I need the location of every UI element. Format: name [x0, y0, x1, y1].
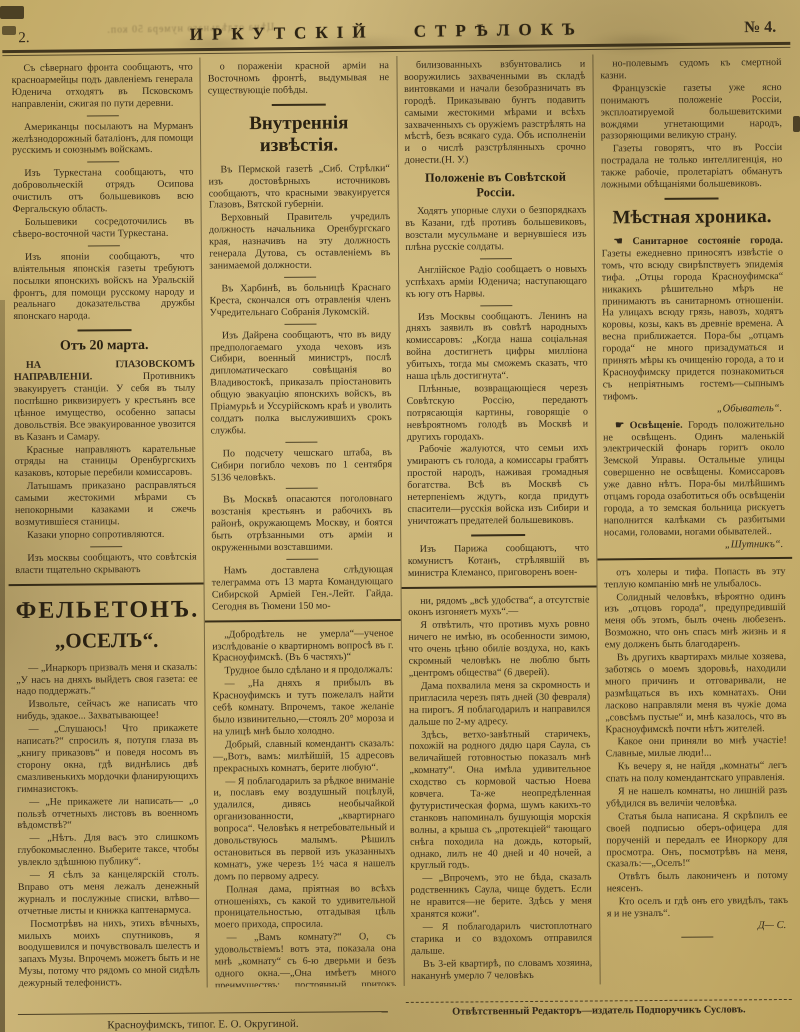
article-paragraph: Въ другихъ квартирахъ милые хозяева, заб… [605, 651, 787, 736]
section-heading: Отъ 20 марта. [14, 338, 195, 355]
footer-editor: Отвѣтственный Редакторъ—издатель Подпору… [406, 999, 792, 1018]
article-paragraph: — „Слушаюсь! Что прикажете написать?“ сп… [17, 723, 199, 796]
article-paragraph: Статья была написана. Я скрѣпилъ ее свое… [606, 810, 788, 871]
article-paragraph: НА ГЛАЗОВСКОМЪ НАПРАВЛЕНІИ. Противникъ э… [14, 359, 196, 444]
article-paragraph: — „Нѣтъ. Для васъ это слишкомъ глубокомы… [17, 832, 199, 869]
article-paragraph: Извольте, сейчасъ же написать что нибудь… [16, 698, 197, 723]
item-divider [284, 323, 316, 324]
article-paragraph: Англійское Радіо сообщаетъ о новыхъ успѣ… [406, 263, 588, 300]
article-paragraph: ни, рядомъ „всѣ удобства“, а отсутствіе … [408, 594, 589, 619]
newspaper-masthead: ИРКУТСКІЙ СТРѢЛОКЪ [190, 19, 585, 45]
article-paragraph: Намъ доставлена слѣдующая телеграмма отъ… [212, 564, 394, 613]
paragraph-lead: ☚ Санитарное состояніе города. [614, 235, 783, 247]
article-paragraph: Полная дама, пріятная во всѣхъ отношенія… [214, 883, 396, 932]
article-paragraph: Добрый, славный комендантъ сказалъ:—„Вот… [213, 738, 395, 775]
item-divider [285, 441, 317, 442]
scan-artifact [0, 6, 24, 19]
paragraph-lead: ☛ Освѣщеніе. [615, 419, 688, 431]
article-paragraph: Въ Пермской газетѣ „Сиб. Стрѣлки“ изъ до… [208, 163, 390, 212]
article-paragraph: Верховный Правитель учредилъ должность н… [209, 211, 391, 272]
signature: Д— С. [607, 920, 786, 932]
feuilleton-separator [9, 582, 204, 586]
item-divider [87, 162, 119, 163]
item-divider [286, 559, 318, 560]
newspaper-column-2: о пораженіи красной арміи на Восточномъ … [201, 56, 405, 988]
signature: „Шутникъ“. [604, 539, 783, 551]
signature: „Обыватель“. [603, 403, 782, 415]
feuilleton-title: „ОСЕЛЪ“. [16, 627, 197, 653]
article-paragraph: Изъ Туркестана сообщаютъ, что добровольч… [12, 167, 194, 216]
newspaper-column-1: Съ сѣвернаго фронта сообщаютъ, что красн… [4, 58, 208, 990]
item-divider [480, 305, 512, 306]
article-paragraph: — „Вамъ комнату?“ О, съ удовольствіемъ! … [215, 931, 397, 987]
article-paragraph: Солидный человѣкъ, вѣроятно одинъ изъ „о… [604, 591, 786, 652]
article-paragraph: Кто оселъ и гдѣ онъ его увидѣлъ, такъ я … [607, 895, 788, 920]
feuilleton-heading: ФЕЛЬЕТОНЪ. [16, 596, 197, 624]
article-paragraph: Отвѣтъ былъ лакониченъ и потому неясенъ. [607, 870, 788, 895]
article-paragraph: По подсчету чешскаго штаба, въ Сибири по… [211, 447, 393, 484]
scan-artifact [2, 26, 16, 35]
section-divider [471, 534, 525, 536]
article-paragraph: Въ Харбинѣ, въ больницѣ Краснаго Креста,… [209, 282, 391, 319]
section-heading: Положеніе въ Совѣтской Россіи. [405, 170, 586, 201]
article-paragraph: ☛ Освѣщеніе. Городъ положительно не освѣ… [603, 419, 785, 539]
article-paragraph: Я отвѣтилъ, что противъ мухъ ровно ничег… [408, 619, 590, 680]
paragraph-lead: НА ГЛАЗОВСКОМЪ НАПРАВЛЕНІИ. [14, 359, 195, 383]
article-paragraph: — „Впрочемъ, это не бѣда, сказалъ родств… [410, 872, 592, 921]
article-paragraph: Газеты говорятъ, что въ Россіи пострадал… [601, 142, 783, 191]
newspaper-column-3: билизованныхъ взбунтовались и вооружилис… [397, 54, 601, 986]
item-divider [682, 937, 714, 938]
article-paragraph: Плѣнные, возвращающіеся черезъ Совѣтскую… [406, 382, 588, 443]
section-divider [272, 103, 326, 105]
article-paragraph: Изъ японіи сообщаютъ, что вліятельныя яп… [13, 250, 195, 323]
article-paragraph: Я не нашелъ комнаты, но лишній разъ убѣд… [606, 785, 787, 810]
item-divider [286, 488, 318, 489]
article-paragraph: „Добродѣтель не умерла“—ученое изслѣдова… [212, 628, 394, 665]
feuilleton-separator [401, 585, 596, 589]
article-paragraph: билизованныхъ взбунтовались и вооружилис… [404, 59, 586, 168]
section-heading: Внутреннія извѣстія. [208, 112, 390, 157]
feuilleton-separator [205, 619, 400, 623]
article-paragraph: но-полевымъ судомъ къ смертной казни. [600, 57, 781, 82]
article-paragraph: Красные направляютъ карательные отряды н… [14, 443, 196, 480]
article-paragraph: Изъ Москвы сообщаютъ. Ленинъ на дняхъ за… [406, 310, 588, 383]
article-paragraph: Изъ Дайрена сообщаютъ, что въ виду предп… [210, 329, 392, 438]
article-paragraph: — „На дняхъ я прибылъ въ Красноуфимскъ и… [213, 677, 395, 738]
issue-number: № 4. [744, 19, 776, 37]
footer-imprint: Красноуфимскъ, типог. Е. О. Округиной. [18, 1011, 388, 1032]
newspaper-page: Цѣна отдѣльнаго нумера 50 коп. 2. ИРКУТС… [0, 0, 800, 1032]
article-paragraph: о пораженіи красной арміи на Восточномъ … [208, 60, 390, 97]
newspaper-columns: Съ сѣвернаго фронта сообщаютъ, что красн… [4, 53, 795, 989]
newspaper-column-4: но-полевымъ судомъ къ смертной казни.Фра… [593, 53, 796, 985]
article-paragraph: — Я сѣлъ за канцелярскій столъ. Вправо о… [18, 869, 200, 918]
article-paragraph: Трудное было сдѣлано и я продолжалъ: [212, 664, 393, 677]
scan-edge-shadow [0, 300, 5, 1032]
article-paragraph: Казаки упорно сопротивляются. [15, 529, 196, 542]
section-divider [665, 197, 719, 199]
article-paragraph: Посмотрѣвъ на нихъ, этихъ вѣчныхъ, милых… [18, 917, 200, 989]
article-paragraph: Рабочіе жалуются, что семьи ихъ умираютъ… [407, 443, 589, 528]
item-divider [90, 546, 122, 547]
article-paragraph: Латышамъ приказано расправляться самыми … [15, 480, 197, 529]
item-divider [284, 277, 316, 278]
article-paragraph: Ходятъ упорные слухи о безпорядкахъ въ К… [405, 205, 587, 254]
item-divider [480, 258, 512, 259]
article-paragraph: отъ холеры и тифа. Попасть въ эту теплую… [604, 566, 785, 591]
item-divider [87, 245, 119, 246]
section-heading: Мѣстная хроника. [601, 206, 782, 229]
article-paragraph: Большевики сосредоточились въ сѣверо-вос… [13, 216, 194, 241]
feuilleton-separator [597, 557, 792, 561]
article-paragraph: Какое они приняли во мнѣ участіе! Славны… [605, 735, 786, 760]
article-paragraph: Американцы посылаютъ на Мурманъ желѣзнод… [12, 120, 194, 157]
scan-artifact [793, 116, 800, 132]
article-paragraph: — „Инаркоръ призвалъ меня и сказалъ: „У … [16, 661, 198, 698]
item-divider [86, 115, 118, 116]
article-paragraph: — Я поблагодарилъ чистоплотнаго старика … [411, 921, 593, 958]
article-paragraph: Къ вечеру я, не найдя „комнаты“ легъ спа… [606, 760, 787, 785]
page-number: 2. [18, 30, 29, 47]
article-paragraph: Съ сѣвернаго фронта сообщаютъ, что красн… [11, 62, 193, 111]
article-paragraph: Здѣсь, ветхо-завѣтный старичекъ, похожій… [409, 728, 591, 872]
article-paragraph: Французскіе газеты уже ясно понимаютъ по… [600, 82, 782, 143]
article-paragraph: Въ 3-ей квартирѣ, по словамъ хозяина, на… [411, 957, 592, 982]
article-paragraph: — Я поблагодарилъ за рѣдкое вниманіе и, … [213, 775, 395, 884]
article-paragraph: — „Не прикажете ли написать— „о пользѣ о… [17, 795, 199, 832]
article-paragraph: Дама похвалила меня за скромность и приг… [409, 679, 591, 728]
article-paragraph: Изъ москвы сообщаютъ, что совѣтскія влас… [15, 551, 196, 576]
article-paragraph: ☚ Санитарное состояніе города. Газеты еж… [602, 235, 785, 403]
article-paragraph: Изъ Парижа сообщаютъ, что комунистъ Кота… [408, 542, 590, 579]
article-paragraph: Въ Москвѣ опасаются поголовнаго возстані… [211, 494, 393, 555]
section-divider [77, 329, 131, 331]
